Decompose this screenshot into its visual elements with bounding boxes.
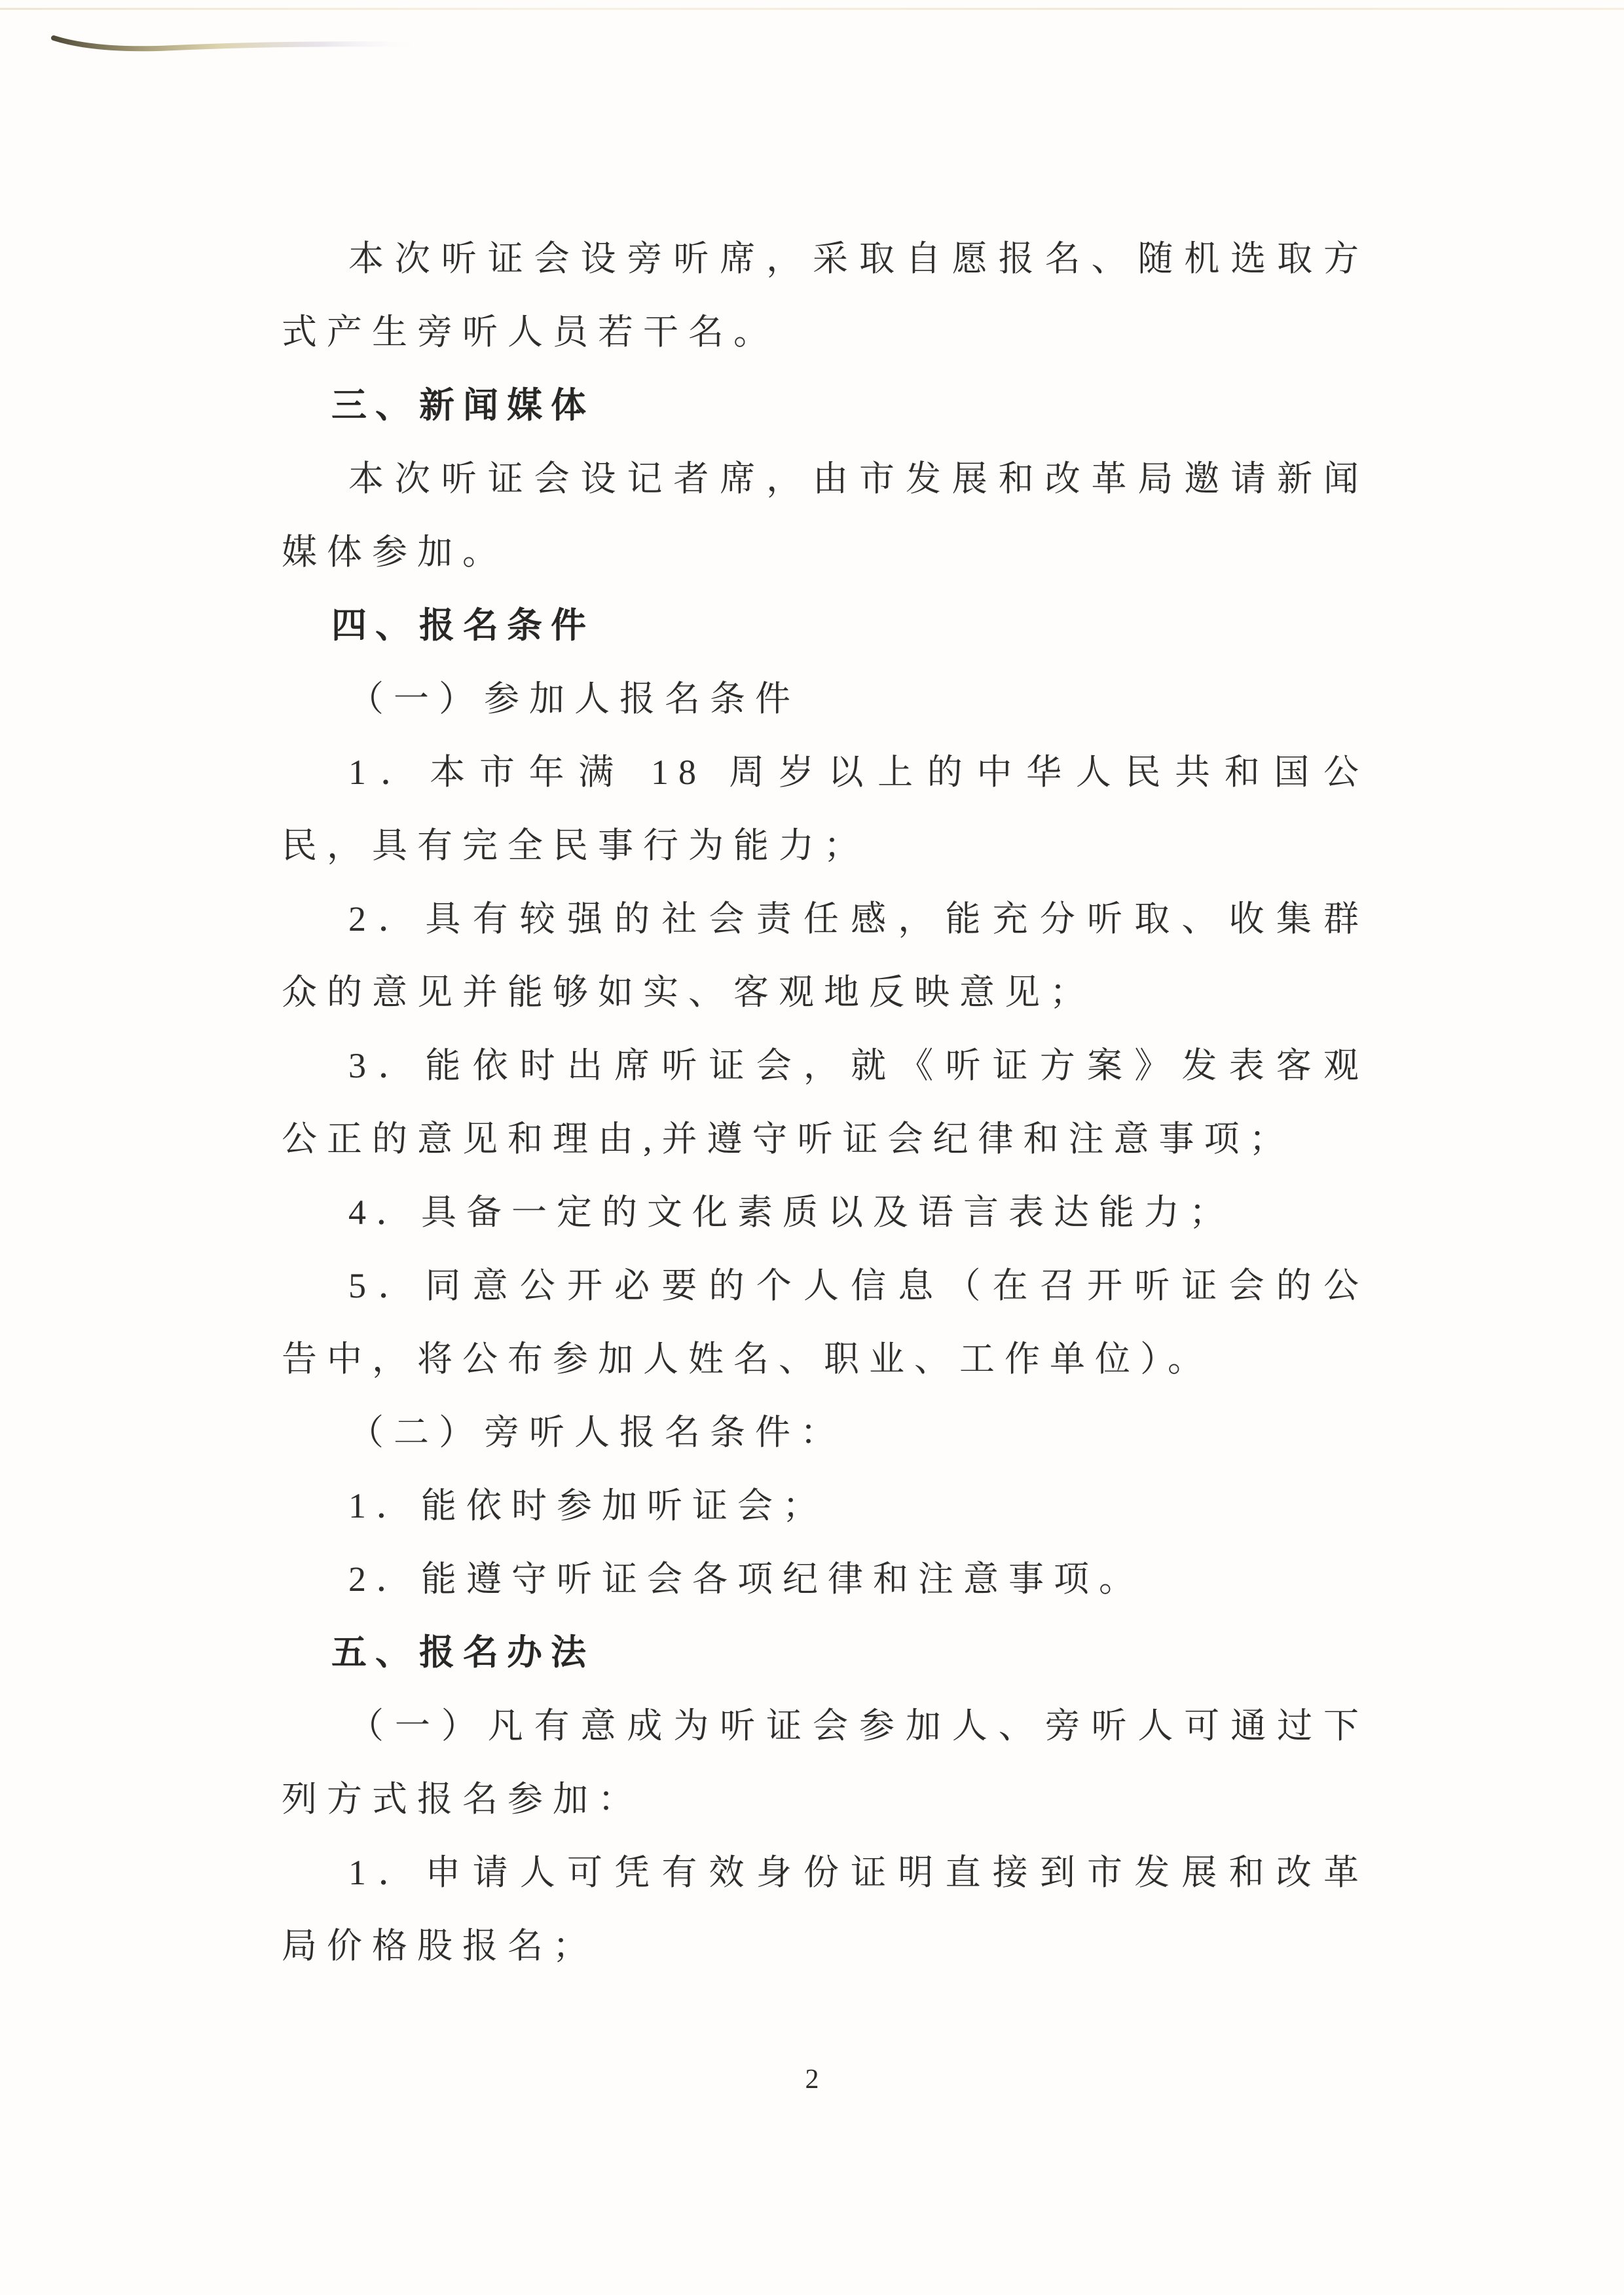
list-item: 2．能遵守听证会各项纪律和注意事项。 bbox=[282, 1542, 1369, 1616]
list-item: 1．能依时参加听证会； bbox=[282, 1469, 1369, 1542]
subsection-heading: （一）凡有意成为听证会参加人、旁听人可通过下列方式报名参加： bbox=[282, 1689, 1369, 1836]
section-heading: 五、报名办法 bbox=[282, 1616, 1369, 1689]
scan-top-edge-artifact bbox=[0, 8, 1624, 10]
list-item: 2．具有较强的社会责任感，能充分听取、收集群众的意见并能够如实、客观地反映意见； bbox=[282, 882, 1369, 1029]
page-number: 2 bbox=[0, 2063, 1624, 2096]
list-item: 5．同意公开必要的个人信息（在召开听证会的公告中，将公布参加人姓名、职业、工作单… bbox=[282, 1249, 1369, 1396]
section-heading: 三、新闻媒体 bbox=[282, 369, 1369, 442]
paragraph: 本次听证会设旁听席，采取自愿报名、随机选取方式产生旁听人员若干名。 bbox=[282, 222, 1369, 369]
section-heading: 四、报名条件 bbox=[282, 589, 1369, 662]
subsection-heading: （二）旁听人报名条件： bbox=[282, 1396, 1369, 1469]
list-item: 1．申请人可凭有效身份证明直接到市发展和改革局价格股报名； bbox=[282, 1836, 1369, 1983]
document-page: 本次听证会设旁听席，采取自愿报名、随机选取方式产生旁听人员若干名。 三、新闻媒体… bbox=[0, 0, 1624, 2295]
list-item: 1．本市年满 18 周岁以上的中华人民共和国公民，具有完全民事行为能力； bbox=[282, 736, 1369, 882]
subsection-heading: （一）参加人报名条件 bbox=[282, 662, 1369, 736]
document-body: 本次听证会设旁听席，采取自愿报名、随机选取方式产生旁听人员若干名。 三、新闻媒体… bbox=[282, 222, 1369, 1983]
list-item: 4．具备一定的文化素质以及语言表达能力； bbox=[282, 1176, 1369, 1249]
paragraph: 本次听证会设记者席，由市发展和改革局邀请新闻媒体参加。 bbox=[282, 442, 1369, 589]
list-item: 3．能依时出席听证会，就《听证方案》发表客观公正的意见和理由,并遵守听证会纪律和… bbox=[282, 1029, 1369, 1176]
scan-stroke-artifact bbox=[50, 28, 443, 59]
